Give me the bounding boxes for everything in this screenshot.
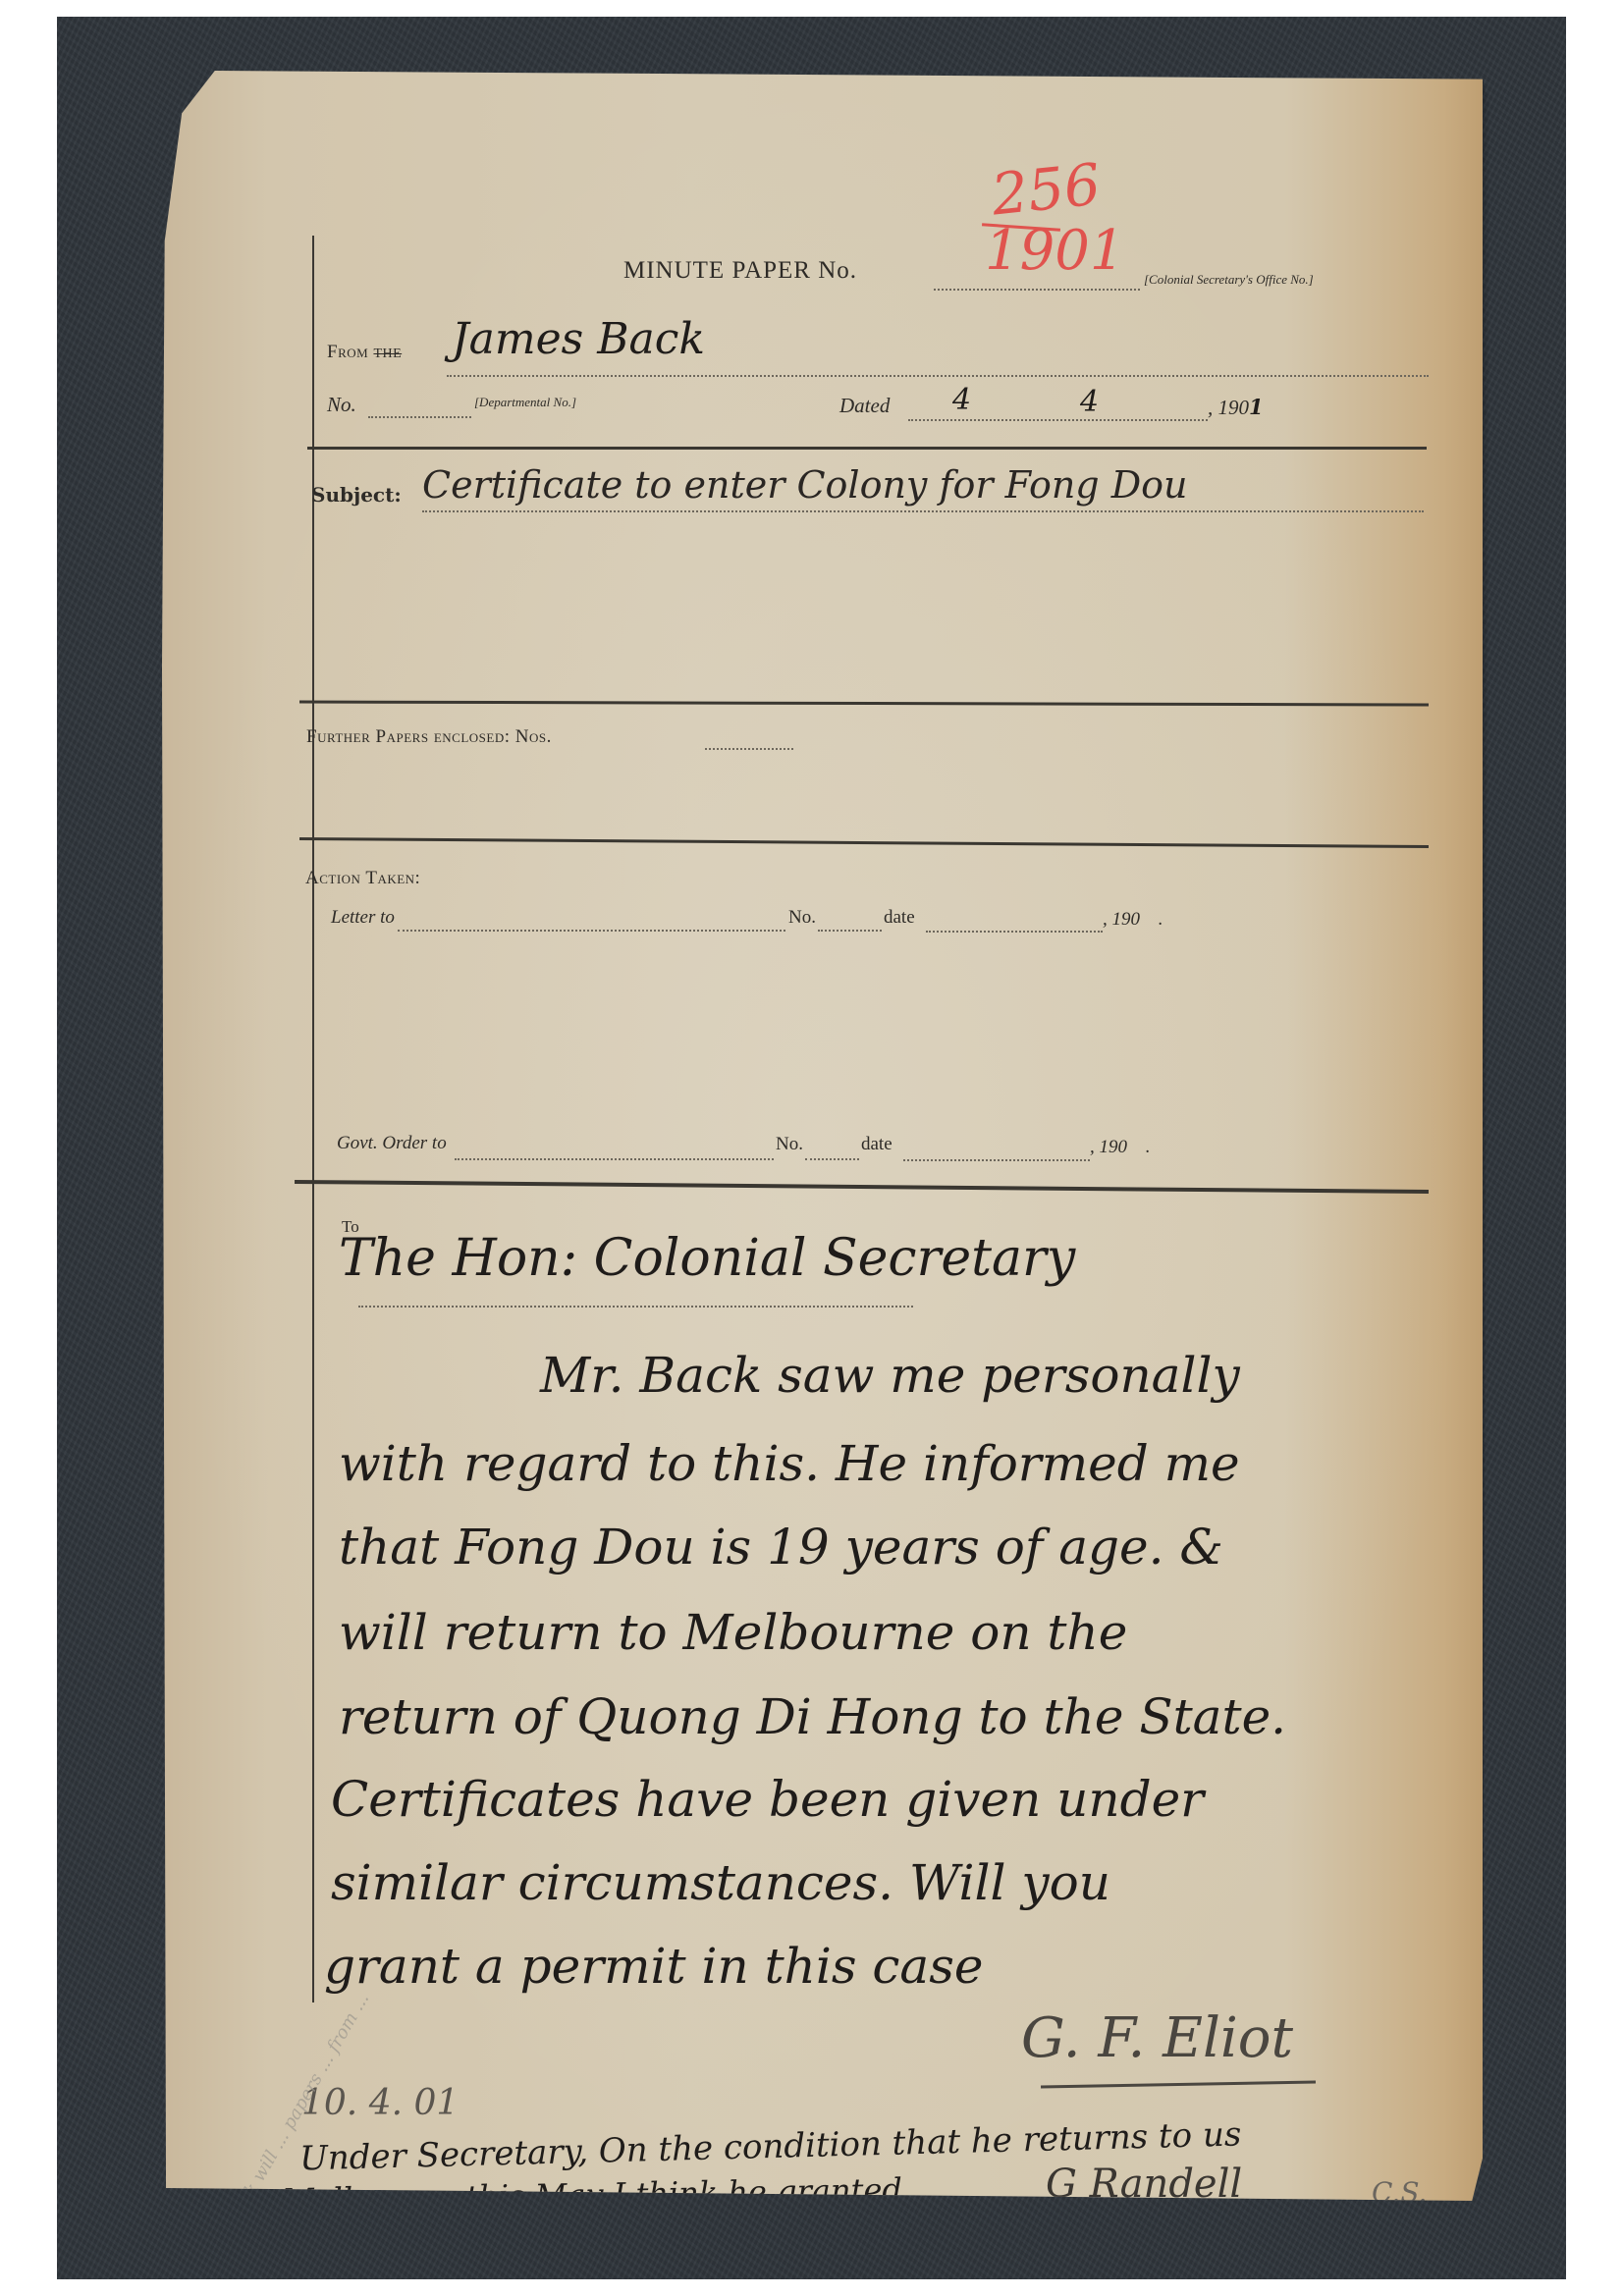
dated-day-text: 4 [952, 383, 971, 417]
letter-to-label: Letter to [331, 907, 395, 929]
subject-dotted-line [422, 510, 1424, 512]
minute-number: 256 [989, 150, 1104, 228]
departmental-no-note-text: [Departmental No.] [474, 395, 576, 409]
departmental-no-dotted [368, 416, 471, 418]
body-line-4: will return to Melbourne on the [339, 1604, 1127, 1661]
dated-year-suffix: 1 [1249, 395, 1264, 419]
minute-paper-sheet: 256 1901 MINUTE PAPER No. [Colonial Secr… [162, 71, 1483, 2201]
signature-eliot: G. F. Eliot [1021, 2006, 1293, 2070]
from-label-text: From [327, 342, 368, 362]
from-value: James Back [452, 314, 705, 364]
govt-no-label: No. [776, 1134, 803, 1155]
letter-year: , 190 . [1103, 909, 1163, 931]
minute-year-red: 1901 [985, 224, 1125, 279]
govt-year: , 190 . [1090, 1137, 1151, 1158]
govt-no-label-text: No. [776, 1134, 803, 1154]
dated-dotted-line [908, 419, 1208, 421]
dated-label: Dated [839, 394, 890, 418]
signature-eliot-text: G. F. Eliot [1021, 2006, 1293, 2070]
letter-period: . [1159, 909, 1163, 930]
further-papers-label-text: Further Papers enclosed: Nos. [306, 726, 552, 747]
govt-no-dotted [805, 1158, 859, 1160]
dated-month: 4 [1080, 385, 1099, 419]
letter-date-label-text: date [884, 907, 915, 928]
office-no-note: [Colonial Secretary's Office No.] [1144, 272, 1314, 288]
letter-date-dotted [926, 931, 1103, 933]
body-line-2: with regard to this. He informed me [339, 1435, 1240, 1492]
from-dotted-line [447, 375, 1429, 377]
minute-note-date: 10. 4. 01 [301, 2083, 459, 2123]
departmental-no-label: No. [327, 393, 356, 417]
from-label: From the [327, 342, 402, 363]
office-no-note-text: [Colonial Secretary's Office No.] [1144, 272, 1314, 287]
body-line-5: return of Quong Di Hong to the State. [339, 1688, 1286, 1745]
letter-to-dotted [398, 930, 785, 932]
dated-day: 4 [952, 383, 971, 417]
subject-value-text: Certificate to enter Colony for Fong Dou [422, 463, 1188, 507]
rule-after-further-papers [299, 837, 1429, 848]
dated-year: , 1901 [1208, 395, 1264, 420]
further-papers-label: Further Papers enclosed: Nos. [306, 726, 552, 748]
subject-label: Subject: [311, 483, 402, 507]
letter-year-text: , 190 [1103, 909, 1140, 930]
action-taken-label-text: Action Taken: [305, 868, 420, 888]
minute-year: 1901 [985, 219, 1125, 283]
signature-underline [1041, 2081, 1316, 2089]
body-line-7: similar circumstances. Will you [331, 1854, 1110, 1911]
body-line-6: Certificates have been given under [331, 1771, 1204, 1828]
letter-no-dotted [818, 930, 882, 932]
govt-year-text: , 190 [1090, 1137, 1127, 1157]
minute-note-date-text: 10. 4. 01 [301, 2083, 459, 2123]
subject-label-text: Subject: [311, 483, 402, 507]
govt-date-dotted [903, 1159, 1090, 1161]
body-line-2-text: with regard to this. He informed me [339, 1435, 1240, 1492]
dated-year-prefix: , 190 [1208, 396, 1249, 419]
body-line-7-text: similar circumstances. Will you [331, 1854, 1110, 1911]
letter-to-label-text: Letter to [331, 907, 395, 928]
rule-after-action-taken [295, 1180, 1429, 1194]
body-line-1: Mr. Back saw me personally [540, 1347, 1240, 1404]
minute-number-dotted-line [934, 289, 1140, 291]
letter-no-label: No. [788, 907, 816, 929]
govt-order-dotted [455, 1158, 774, 1160]
body-line-3-text: that Fong Dou is 19 years of age. & [339, 1519, 1223, 1575]
rule-after-dated [307, 447, 1427, 450]
further-papers-dotted [705, 748, 793, 750]
to-value-text: The Hon: Colonial Secretary [339, 1229, 1075, 1288]
action-taken-label: Action Taken: [305, 868, 420, 889]
govt-order-label: Govt. Order to [337, 1133, 447, 1154]
subject-value: Certificate to enter Colony for Fong Dou [422, 463, 1188, 507]
to-value: The Hon: Colonial Secretary [339, 1229, 1075, 1288]
body-line-8-text: grant a permit in this case [324, 1938, 983, 1995]
minute-paper-title: MINUTE PAPER No. [623, 257, 857, 285]
body-line-3: that Fong Dou is 19 years of age. & [339, 1519, 1223, 1575]
minute-number-red: 256 [989, 155, 1103, 223]
minute-paper-title-text: MINUTE PAPER No. [623, 257, 857, 284]
govt-order-label-text: Govt. Order to [337, 1133, 447, 1153]
letter-no-label-text: No. [788, 907, 816, 928]
to-dotted-line [358, 1306, 913, 1308]
govt-period: . [1146, 1137, 1151, 1157]
dated-label-text: Dated [839, 394, 890, 417]
from-struck-word: the [373, 347, 402, 361]
body-line-6-text: Certificates have been given under [331, 1771, 1204, 1828]
body-line-1-text: Mr. Back saw me personally [540, 1347, 1240, 1404]
departmental-no-label-text: No. [327, 393, 356, 416]
dated-month-text: 4 [1080, 385, 1099, 419]
body-line-8: grant a permit in this case [324, 1938, 983, 1995]
letter-date-label: date [884, 907, 915, 929]
body-line-5-text: return of Quong Di Hong to the State. [339, 1688, 1286, 1745]
body-line-4-text: will return to Melbourne on the [339, 1604, 1127, 1661]
govt-date-label: date [861, 1134, 893, 1155]
departmental-no-note: [Departmental No.] [474, 395, 576, 410]
from-value-text: James Back [452, 314, 705, 364]
rule-after-subject [299, 700, 1429, 706]
govt-date-label-text: date [861, 1134, 893, 1154]
